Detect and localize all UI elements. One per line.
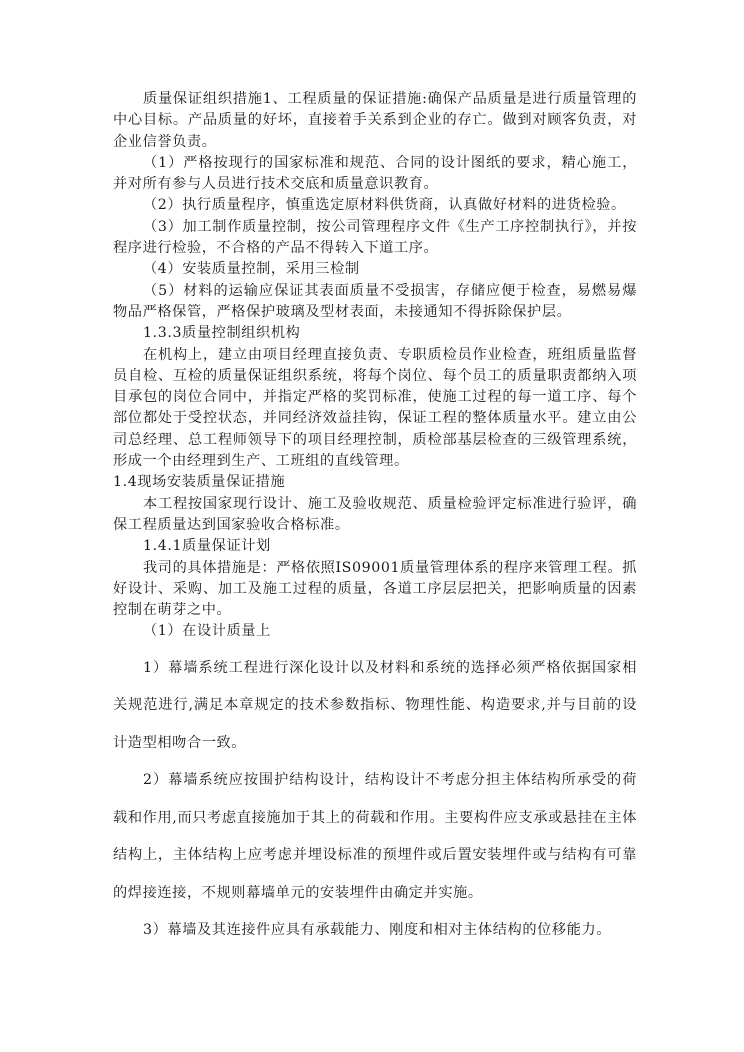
paragraph-org-structure: 在机构上，建立由项目经理直接负责、专职质检员作业检查，班组质量监督员自检、互检的… — [113, 345, 637, 473]
document-page: 质量保证组织措施1、工程质量的保证措施:确保产品质量是进行质量管理的中心目标。产… — [113, 89, 637, 950]
paragraph-iso-measures: 我司的具体措施是：严格依照IS09001质量管理体系的程序来管理工程。抓好设计、… — [113, 558, 637, 622]
paragraph-item-5: （5）材料的运输应保证其表面质量不受损害，存储应便于检查，易燃易爆物品严格保管，… — [113, 281, 637, 324]
paragraph-quality-org-intro: 质量保证组织措施1、工程质量的保证措施:确保产品质量是进行质量管理的中心目标。产… — [113, 89, 637, 153]
heading-1-4-1: 1.4.1质量保证计划 — [113, 536, 637, 557]
paragraph-standards: 本工程按国家现行设计、施工及验收规范、质量检验评定标准进行验评，确保工程质量达到… — [113, 494, 637, 537]
paragraph-item-4: （4）安装质量控制，采用三检制 — [113, 259, 637, 280]
paragraph-curtain-wall-2: 2）幕墙系统应按围护结构设计，结构设计不考虑分担主体结构所承受的荷载和作用,而只… — [113, 762, 637, 912]
paragraph-design-quality: （1）在设计质量上 — [113, 621, 637, 642]
paragraph-item-2: （2）执行质量程序，慎重选定原材料供货商，认真做好材料的进货检验。 — [113, 195, 637, 216]
spacer — [113, 643, 637, 650]
paragraph-item-1: （1）严格按现行的国家标准和规范、合同的设计图纸的要求，精心施工，并对所有参与人… — [113, 153, 637, 196]
heading-1-3-3: 1.3.3质量控制组织机构 — [113, 323, 637, 344]
paragraph-curtain-wall-3: 3）幕墙及其连接件应具有承载能力、刚度和相对主体结构的位移能力。 — [113, 912, 637, 950]
heading-1-4: 1.4现场安装质量保证措施 — [113, 472, 637, 493]
paragraph-curtain-wall-1: 1）幕墙系统工程进行深化设计以及材料和系统的选择必须严格依据国家相关规范进行,满… — [113, 650, 637, 763]
paragraph-item-3: （3）加工制作质量控制，按公司管理程序文件《生产工序控制执行》，并按程序进行检验… — [113, 217, 637, 260]
